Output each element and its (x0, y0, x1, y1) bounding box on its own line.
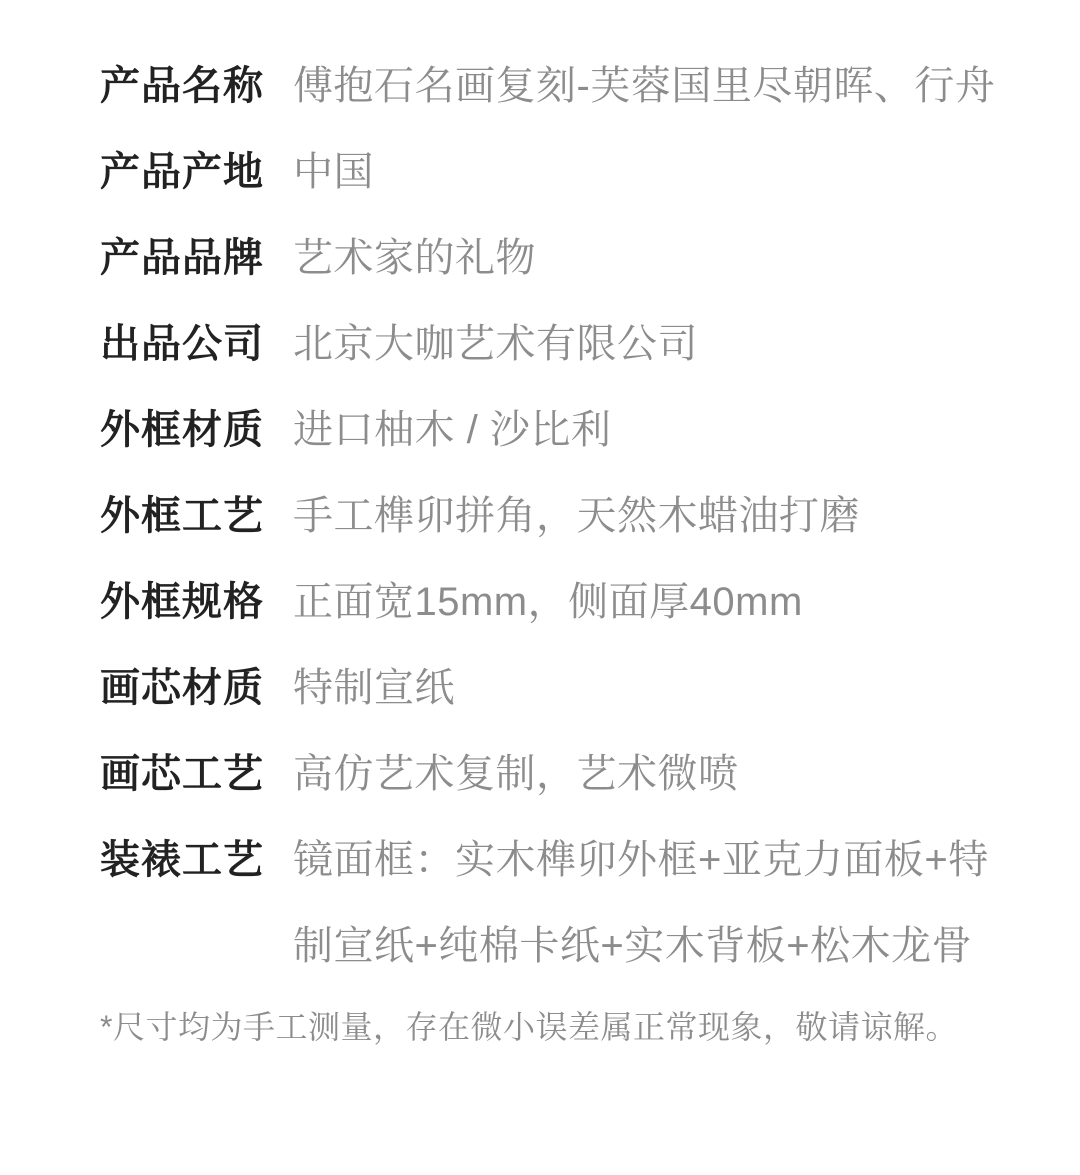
spec-value: 镜面框：实木榫卯外框+亚克力面板+特 制宣纸+纯棉卡纸+实木背板+松木龙骨 (293, 817, 1020, 989)
spec-label: 产品名称 (100, 43, 293, 129)
spec-row: 产品品牌 艺术家的礼物 (100, 215, 1020, 301)
spec-value-line: 镜面框：实木榫卯外框+亚克力面板+特 (293, 817, 1020, 903)
product-spec-sheet: 产品名称 傅抱石名画复刻-芙蓉国里尽朝晖、行舟 产品产地 中国 产品品牌 艺术家… (0, 0, 1080, 1051)
spec-value: 艺术家的礼物 (293, 215, 1020, 301)
spec-value: 傅抱石名画复刻-芙蓉国里尽朝晖、行舟 (293, 43, 1020, 129)
spec-label: 画芯工艺 (100, 731, 293, 817)
spec-label: 出品公司 (100, 301, 293, 387)
spec-value: 进口柚木 / 沙比利 (293, 387, 1020, 473)
spec-value: 特制宣纸 (293, 645, 1020, 731)
spec-value: 手工榫卯拼角，天然木蜡油打磨 (293, 473, 1020, 559)
spec-row: 产品名称 傅抱石名画复刻-芙蓉国里尽朝晖、行舟 (100, 43, 1020, 129)
spec-value: 北京大咖艺术有限公司 (293, 301, 1020, 387)
spec-value: 正面宽15mm，侧面厚40mm (293, 559, 1020, 645)
spec-value-line: 制宣纸+纯棉卡纸+实木背板+松木龙骨 (293, 903, 1020, 989)
spec-label: 产品品牌 (100, 215, 293, 301)
spec-label: 外框规格 (100, 559, 293, 645)
spec-label: 装裱工艺 (100, 817, 293, 903)
spec-row: 外框规格 正面宽15mm，侧面厚40mm (100, 559, 1020, 645)
spec-row: 出品公司 北京大咖艺术有限公司 (100, 301, 1020, 387)
spec-value: 中国 (293, 129, 1020, 215)
spec-label: 画芯材质 (100, 645, 293, 731)
footnote-text: *尺寸均为手工测量，存在微小误差属正常现象，敬请谅解。 (100, 1003, 1020, 1051)
spec-row: 画芯工艺 高仿艺术复制，艺术微喷 (100, 731, 1020, 817)
spec-row: 外框工艺 手工榫卯拼角，天然木蜡油打磨 (100, 473, 1020, 559)
spec-label: 产品产地 (100, 129, 293, 215)
spec-value: 高仿艺术复制，艺术微喷 (293, 731, 1020, 817)
spec-row: 产品产地 中国 (100, 129, 1020, 215)
spec-label: 外框材质 (100, 387, 293, 473)
spec-row: 装裱工艺 镜面框：实木榫卯外框+亚克力面板+特 制宣纸+纯棉卡纸+实木背板+松木… (100, 817, 1020, 989)
spec-row: 外框材质 进口柚木 / 沙比利 (100, 387, 1020, 473)
spec-label: 外框工艺 (100, 473, 293, 559)
spec-row: 画芯材质 特制宣纸 (100, 645, 1020, 731)
